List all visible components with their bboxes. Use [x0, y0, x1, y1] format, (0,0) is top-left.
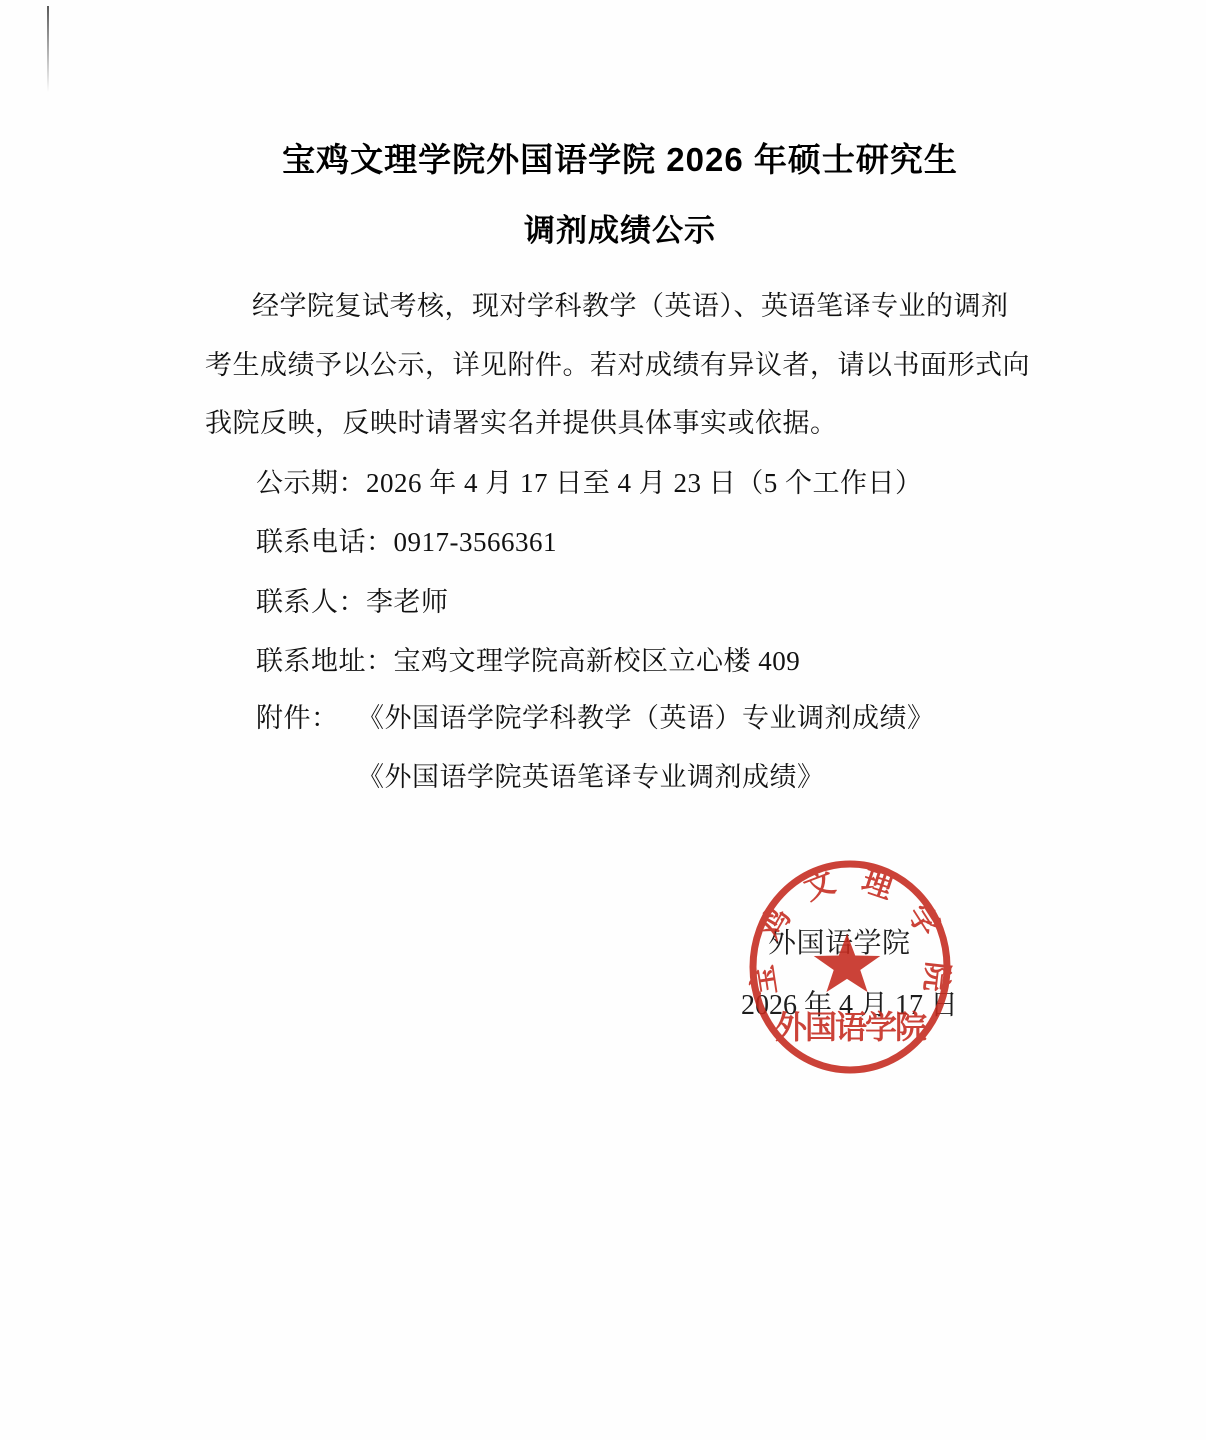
publicity-period-line: 公示期：2026 年 4 月 17 日至 4 月 23 日（5 个工作日） — [256, 461, 923, 500]
contact-address-line: 联系地址：宝鸡文理学院高新校区立心楼 409 — [256, 639, 800, 678]
paragraph-line-1: 经学院复试考核，现对学科教学（英语）、英语笔译专业的调剂 — [252, 284, 1009, 323]
contact-phone-line: 联系电话：0917-3566361 — [256, 520, 557, 559]
official-seal-stamp: 宝鸡文理学院 外国语学院 — [732, 847, 972, 1087]
document-page: 宝鸡文理学院外国语学院 2026 年硕士研究生 调剂成绩公示 经学院复试考核，现… — [0, 0, 1206, 1440]
scan-artifact-line — [47, 6, 49, 92]
title-line-1: 宝鸡文理学院外国语学院 2026 年硕士研究生 — [34, 134, 1206, 181]
paragraph-line-3: 我院反映，反映时请署实名并提供具体事实或依据。 — [205, 401, 838, 440]
seal-bottom-text: 外国语学院 — [775, 1009, 927, 1045]
paragraph-line-2: 考生成绩予以公示，详见附件。若对成绩有异议者，请以书面形式向 — [205, 343, 1030, 382]
star-icon — [814, 934, 881, 992]
attachment-label: 附件： — [256, 696, 339, 735]
attachment-item-2: 《外国语学院英语笔译专业调剂成绩》 — [357, 755, 825, 794]
attachment-item-1: 《外国语学院学科教学（英语）专业调剂成绩》 — [357, 696, 935, 735]
contact-person-line: 联系人：李老师 — [256, 580, 449, 619]
title-line-2: 调剂成绩公示 — [34, 205, 1206, 250]
